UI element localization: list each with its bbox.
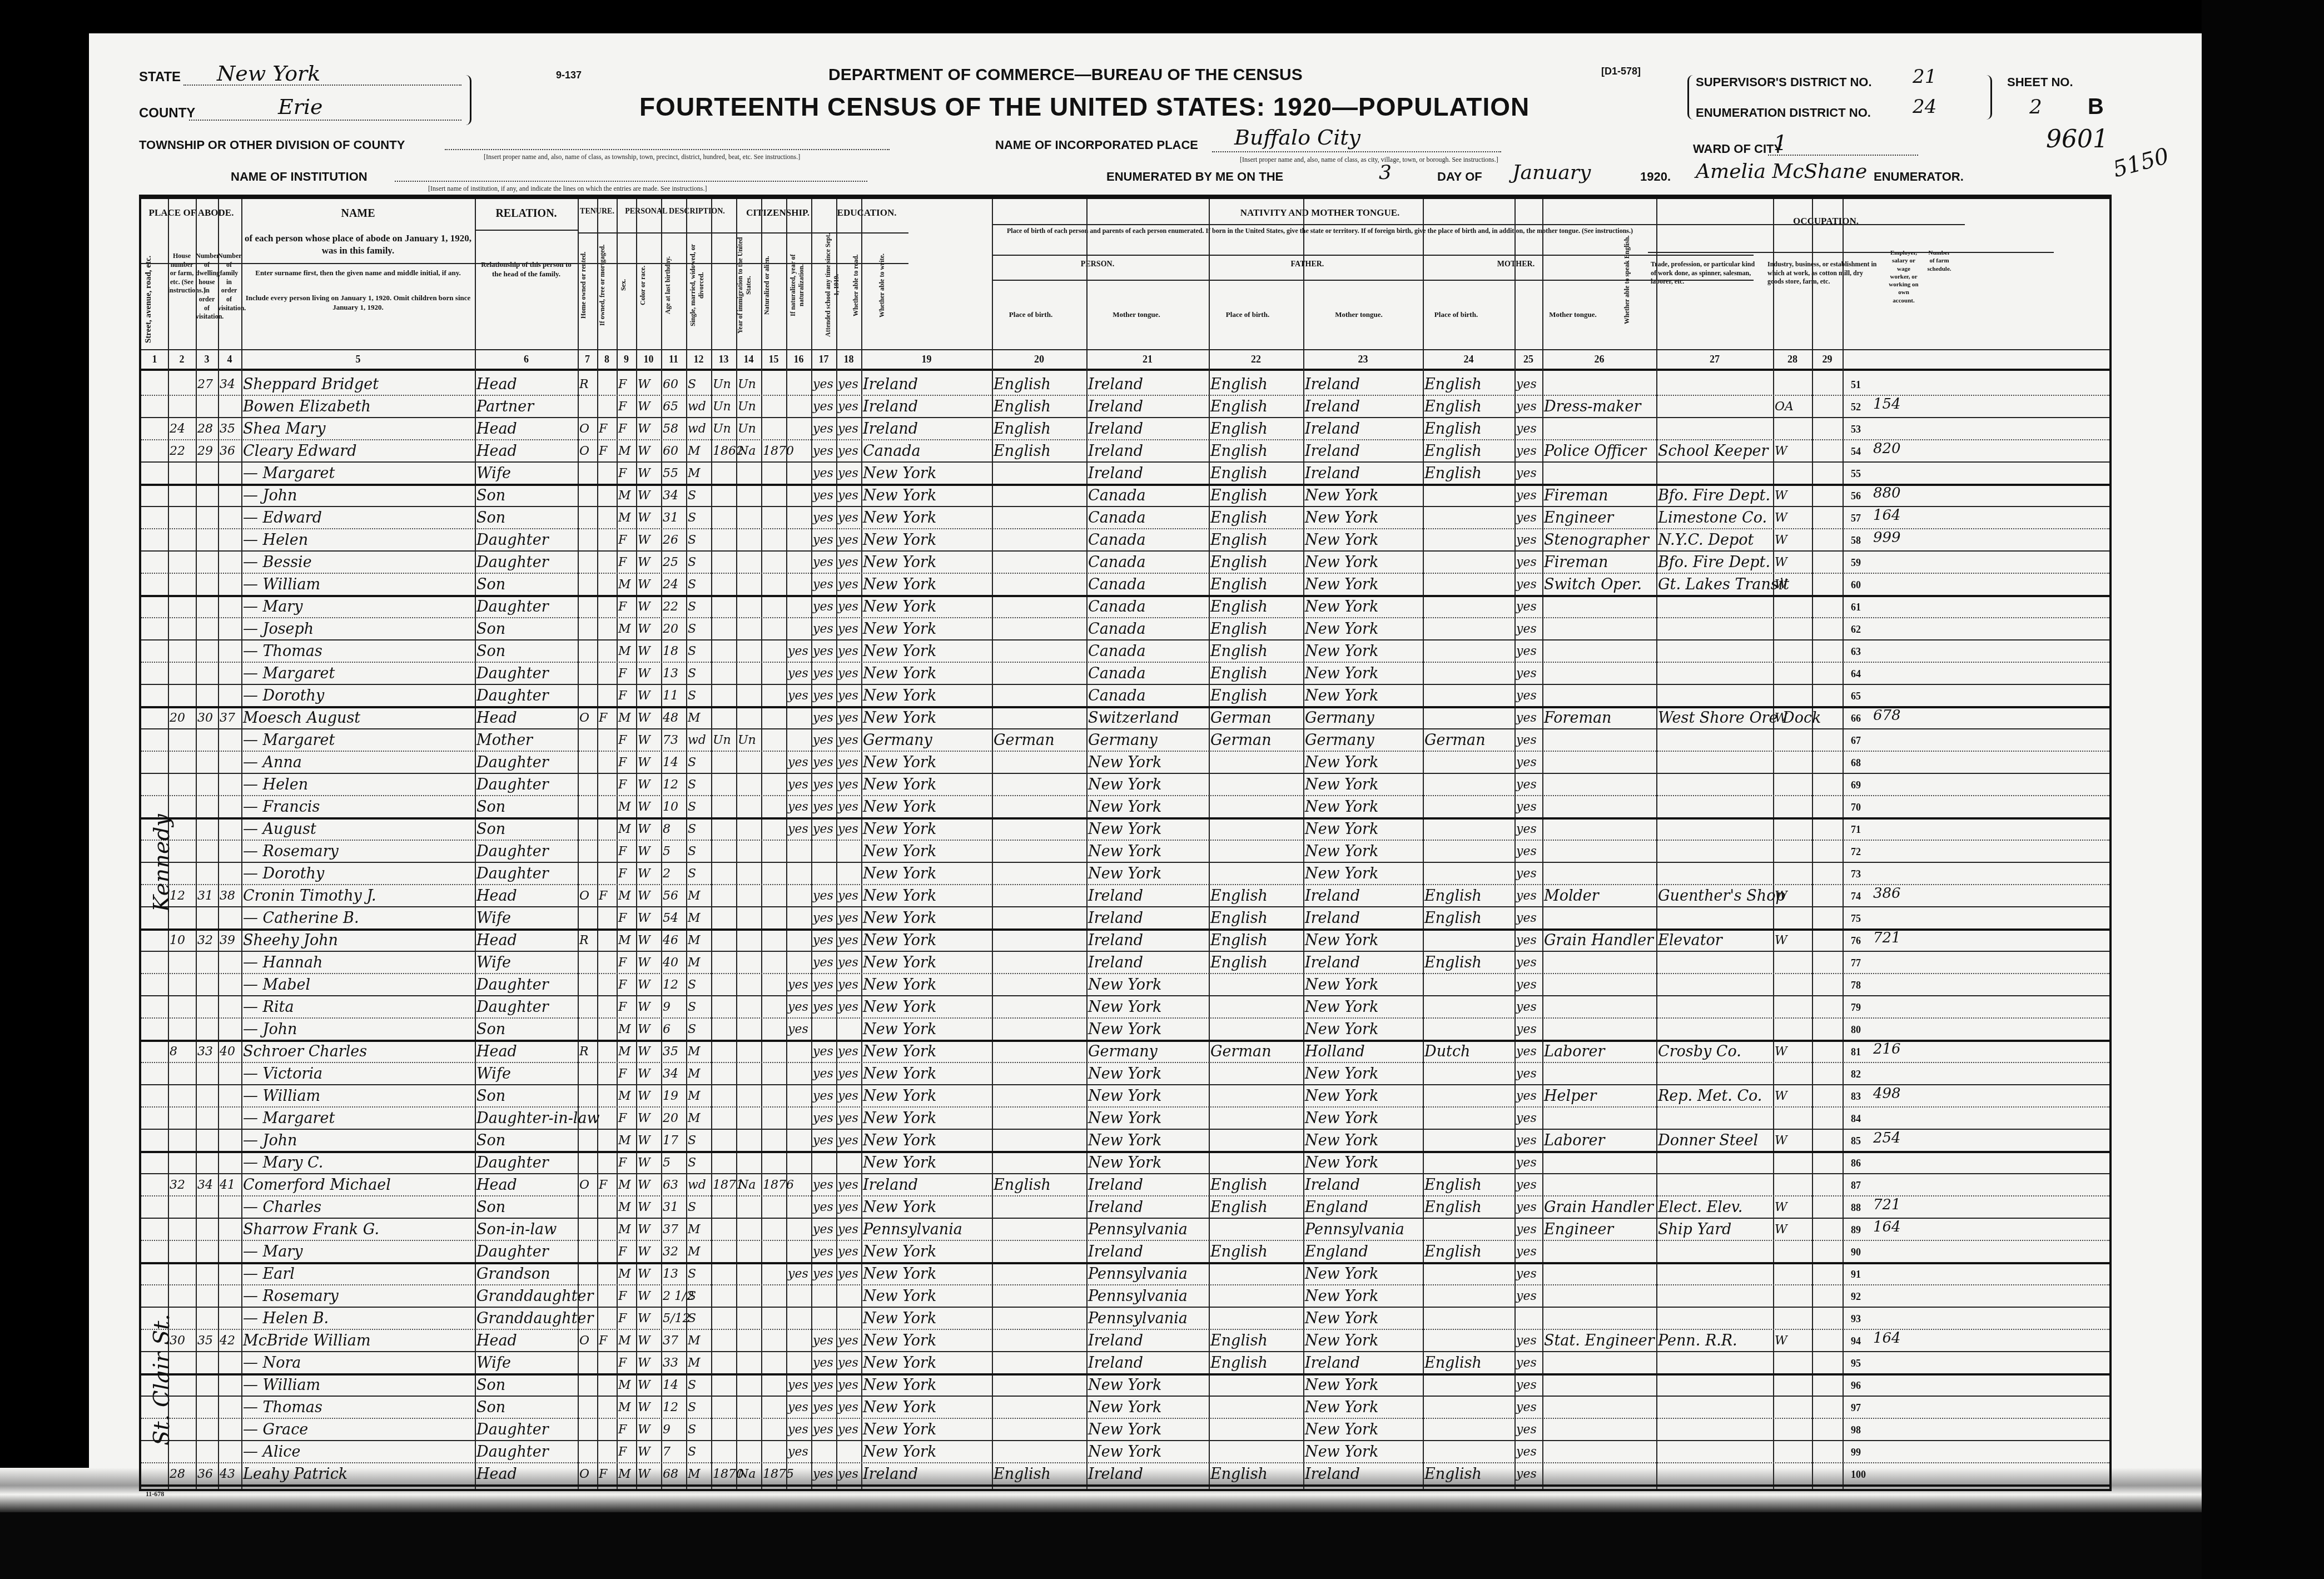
cell-f-birth: New York — [1088, 795, 1207, 818]
cell-natural — [738, 1240, 759, 1263]
enumeration-label: ENUMERATION DISTRICT NO. — [1696, 106, 1871, 120]
cell-read: yes — [813, 506, 835, 529]
cell-natural — [738, 1040, 759, 1062]
cell-write: yes — [838, 595, 860, 618]
cell-name: — Hannah — [243, 951, 473, 974]
line-number: 74 — [1851, 891, 1861, 902]
cell-mortgage — [599, 1151, 615, 1174]
line-number: 94 — [1851, 1335, 1861, 1347]
cell-industry — [1658, 595, 1771, 618]
form-id: [D1-578] — [1601, 66, 1641, 77]
cell-farm — [1814, 862, 1841, 885]
cell-f-tongue — [1210, 840, 1302, 862]
cell-industry — [1658, 728, 1771, 751]
table-row: — RosemaryDaughterFW5SNew YorkNew YorkNe… — [141, 840, 2109, 862]
cell-write: yes — [838, 795, 860, 818]
cell-school: yes — [788, 1418, 810, 1441]
cell-age: 40 — [663, 951, 684, 974]
cell-m-birth: New York — [1305, 639, 1421, 662]
cell-school: yes — [788, 639, 810, 662]
cell-school — [788, 862, 810, 885]
line-number: 57 — [1851, 513, 1861, 524]
cell-natural — [738, 595, 759, 618]
cell-dwelling — [197, 728, 216, 751]
cell-dwelling: 29 — [197, 439, 216, 462]
cell-m-tongue: English — [1424, 417, 1513, 440]
group-citizenship: CITIZENSHIP. — [733, 207, 822, 219]
cell-race: W — [638, 706, 659, 729]
cell-trade — [1544, 1418, 1655, 1441]
cell-farm — [1814, 1329, 1841, 1352]
cell-read: yes — [813, 928, 835, 951]
cell-tongue — [994, 617, 1085, 640]
line-number: 51 — [1851, 379, 1861, 391]
cell-home — [579, 550, 595, 573]
cell-m-birth: New York — [1305, 506, 1421, 529]
cell-read: yes — [813, 1262, 835, 1285]
cell-read: yes — [813, 1062, 835, 1085]
cell-tongue — [994, 573, 1085, 595]
cell-family — [220, 1106, 240, 1129]
cell-home — [579, 617, 595, 640]
cell-write — [838, 840, 860, 862]
cell-immig — [713, 817, 734, 840]
cell-home — [579, 1396, 595, 1418]
cell-read: yes — [813, 1173, 835, 1196]
cell-trade — [1544, 817, 1655, 840]
cell-dwelling — [197, 662, 216, 684]
col-10-header: Color or race. — [639, 232, 654, 338]
cell-relation: Son-in-law — [476, 1218, 576, 1240]
rule — [1648, 252, 2054, 253]
cell-immig — [713, 1040, 734, 1062]
cell-english: yes — [1516, 728, 1541, 751]
cell-farm — [1814, 573, 1841, 595]
cell-name: — Dorothy — [243, 862, 473, 885]
cell-birth: New York — [863, 1329, 990, 1352]
cell-m-tongue — [1424, 639, 1513, 662]
census-table: PLACE OF ABODE. NAME RELATION. TENURE. P… — [139, 195, 2112, 1491]
cell-dwelling — [197, 862, 216, 885]
cell-school — [788, 728, 810, 751]
cell-m-birth: New York — [1305, 684, 1421, 707]
cell-birth: New York — [863, 1440, 990, 1463]
cell-mortgage — [599, 1218, 615, 1240]
cell-dwelling — [197, 1151, 216, 1174]
cell-f-tongue: English — [1210, 528, 1302, 551]
cell-age: 10 — [663, 795, 684, 818]
cell-immig — [713, 1284, 734, 1307]
cell-read — [813, 1017, 835, 1040]
cell-immig — [713, 1129, 734, 1151]
cell-trade — [1544, 417, 1655, 440]
department-title: DEPARTMENT OF COMMERCE—BUREAU OF THE CEN… — [828, 66, 1303, 85]
cell-read: yes — [813, 1240, 835, 1263]
cell-birth: New York — [863, 506, 990, 529]
cell-race: W — [638, 862, 659, 885]
cell-relation: Mother — [476, 728, 576, 751]
cell-write: yes — [838, 550, 860, 573]
column-number: 21 — [1086, 354, 1209, 365]
cell-home — [579, 973, 595, 996]
cell-m-birth: New York — [1305, 617, 1421, 640]
cell-mortgage — [599, 595, 615, 618]
cell-marital: M — [688, 706, 709, 729]
cell-read: yes — [813, 1351, 835, 1374]
cell-name: Sheehy John — [243, 928, 473, 951]
cell-f-tongue: English — [1210, 662, 1302, 684]
cell-birth: New York — [863, 573, 990, 595]
cell-home: O — [579, 706, 595, 729]
cell-industry — [1658, 461, 1771, 484]
cell-write: yes — [838, 395, 860, 418]
cell-family: 39 — [220, 928, 240, 951]
cell-dwelling — [197, 795, 216, 818]
cell-street — [143, 1462, 166, 1485]
cell-birth: New York — [863, 684, 990, 707]
cell-employ: W — [1775, 706, 1810, 729]
table-row: — AugustSonMW8SyesyesyesNew YorkNew York… — [141, 817, 2109, 840]
cell-read: yes — [813, 528, 835, 551]
cell-school — [788, 461, 810, 484]
cell-trade — [1544, 951, 1655, 974]
cell-natyear — [763, 773, 784, 796]
cell-age: 14 — [663, 1373, 684, 1396]
cell-natural — [738, 773, 759, 796]
cell-name: — Bessie — [243, 550, 473, 573]
cell-family — [220, 1240, 240, 1263]
col-11-header: Age at last birthday. — [664, 232, 679, 338]
cell-family: 35 — [220, 417, 240, 440]
cell-m-tongue — [1424, 1062, 1513, 1085]
cell-f-birth: New York — [1088, 1062, 1207, 1085]
cell-tongue — [994, 1195, 1085, 1218]
cell-m-birth: New York — [1305, 1084, 1421, 1107]
cell-read — [813, 1284, 835, 1307]
cell-f-birth: New York — [1088, 1440, 1207, 1463]
cell-farm — [1814, 506, 1841, 529]
cell-school: yes — [788, 817, 810, 840]
cell-sex: F — [618, 751, 634, 773]
cell-dwelling: 32 — [197, 928, 216, 951]
cell-f-tongue: English — [1210, 906, 1302, 929]
cell-m-birth: New York — [1305, 1307, 1421, 1329]
cell-employ — [1775, 1462, 1810, 1485]
cell-write: yes — [838, 484, 860, 507]
cell-house — [170, 595, 194, 618]
cell-relation: Wife — [476, 906, 576, 929]
cell-home — [579, 484, 595, 507]
cell-industry — [1658, 1307, 1771, 1329]
cell-name: Shea Mary — [243, 417, 473, 440]
cell-m-birth: Ireland — [1305, 417, 1421, 440]
cell-english: yes — [1516, 1129, 1541, 1151]
cell-f-birth: Pennsylvania — [1088, 1307, 1207, 1329]
cell-f-birth: Ireland — [1088, 928, 1207, 951]
cell-employ — [1775, 1307, 1810, 1329]
cell-family — [220, 573, 240, 595]
rule — [578, 232, 908, 234]
cell-age: 25 — [663, 550, 684, 573]
cell-read: yes — [813, 595, 835, 618]
cell-relation: Head — [476, 706, 576, 729]
cell-m-tongue: English — [1424, 373, 1513, 395]
rule — [992, 224, 1965, 225]
cell-street — [143, 1129, 166, 1151]
cell-natyear — [763, 951, 784, 974]
col-12-header: Single, married, widowed, or divorced. — [689, 232, 711, 338]
col-1-header: Street, avenue, road, etc. — [144, 255, 166, 344]
cell-f-birth: Canada — [1088, 595, 1207, 618]
cell-race: W — [638, 1329, 659, 1352]
cell-street — [143, 1106, 166, 1129]
cell-english: yes — [1516, 662, 1541, 684]
cell-english: yes — [1516, 639, 1541, 662]
cell-age: 14 — [663, 751, 684, 773]
cell-trade — [1544, 1173, 1655, 1196]
cell-farm — [1814, 1351, 1841, 1374]
cell-m-tongue — [1424, 1106, 1513, 1129]
cell-farm — [1814, 1195, 1841, 1218]
col-19-header: Place of birth. — [997, 310, 1064, 320]
cell-f-birth: Ireland — [1088, 884, 1207, 907]
cell-birth: New York — [863, 706, 990, 729]
cell-immig — [713, 1151, 734, 1174]
col-26-header: Trade, profession, or particular kind of… — [1651, 260, 1762, 286]
cell-birth: Pennsylvania — [863, 1218, 990, 1240]
cell-age: 2 — [663, 862, 684, 885]
cell-relation: Daughter — [476, 1240, 576, 1263]
cell-tongue — [994, 684, 1085, 707]
cell-natyear — [763, 1084, 784, 1107]
table-row: — RosemaryGranddaughterFW2 1/2SNew YorkP… — [141, 1284, 2109, 1307]
cell-relation: Grandson — [476, 1262, 576, 1285]
cell-write: yes — [838, 461, 860, 484]
table-row: 103239Sheehy JohnHeadRMW46MyesyesNew Yor… — [141, 928, 2109, 951]
cell-mortgage: F — [599, 706, 615, 729]
column-number: 7 — [578, 354, 597, 365]
cell-mortgage — [599, 617, 615, 640]
cell-farm — [1814, 1240, 1841, 1263]
table-row: — MaryDaughterFW32MyesyesNew YorkIreland… — [141, 1240, 2109, 1263]
cell-name: — Victoria — [243, 1062, 473, 1085]
line-number: 64 — [1851, 668, 1861, 680]
cell-m-birth: New York — [1305, 862, 1421, 885]
cell-trade: Molder — [1544, 884, 1655, 907]
cell-employ: W — [1775, 1040, 1810, 1062]
cell-sex: M — [618, 1262, 634, 1285]
cell-trade — [1544, 639, 1655, 662]
cell-name: Sharrow Frank G. — [243, 1218, 473, 1240]
cell-home — [579, 1307, 595, 1329]
cell-mortgage — [599, 550, 615, 573]
cell-trade: Switch Oper. — [1544, 573, 1655, 595]
cell-farm — [1814, 884, 1841, 907]
cell-name: — Rosemary — [243, 1284, 473, 1307]
cell-write — [838, 1440, 860, 1463]
cell-f-tongue — [1210, 1129, 1302, 1151]
cell-age: 7 — [663, 1440, 684, 1463]
cell-natyear — [763, 684, 784, 707]
cell-school — [788, 439, 810, 462]
column-number: 22 — [1209, 354, 1303, 365]
cell-name: — Thomas — [243, 1396, 473, 1418]
cell-sex: F — [618, 973, 634, 996]
line-number: 58 — [1851, 535, 1861, 547]
cell-immig — [713, 884, 734, 907]
cell-m-tongue — [1424, 684, 1513, 707]
cell-industry — [1658, 1151, 1771, 1174]
cell-home: O — [579, 1462, 595, 1485]
cell-trade — [1544, 1462, 1655, 1485]
cell-write — [838, 1017, 860, 1040]
cell-farm — [1814, 1462, 1841, 1485]
cell-read: yes — [813, 951, 835, 974]
cell-name: — Mabel — [243, 973, 473, 996]
cell-farm — [1814, 773, 1841, 796]
cell-street — [143, 951, 166, 974]
cell-house — [170, 506, 194, 529]
cell-f-birth: Ireland — [1088, 1329, 1207, 1352]
cell-marital: S — [688, 639, 709, 662]
cell-trade — [1544, 973, 1655, 996]
cell-race: W — [638, 506, 659, 529]
cell-farm — [1814, 417, 1841, 440]
cell-f-birth: Pennsylvania — [1088, 1284, 1207, 1307]
cell-tongue — [994, 461, 1085, 484]
cell-write: yes — [838, 617, 860, 640]
cell-m-tongue — [1424, 1284, 1513, 1307]
cell-house — [170, 951, 194, 974]
cell-age: 12 — [663, 773, 684, 796]
cell-immig — [713, 973, 734, 996]
cell-m-birth: New York — [1305, 1262, 1421, 1285]
cell-birth: New York — [863, 1351, 990, 1374]
cell-read: yes — [813, 1106, 835, 1129]
cell-natyear — [763, 1062, 784, 1085]
county-line — [189, 120, 461, 121]
state-label: STATE — [139, 69, 181, 85]
cell-farm — [1814, 595, 1841, 618]
cell-race: W — [638, 1173, 659, 1196]
cell-race: W — [638, 684, 659, 707]
col-7-header: Home owned or rented. — [579, 232, 595, 338]
margin-code: 721 — [1873, 930, 1901, 946]
cell-birth: New York — [863, 973, 990, 996]
cell-school — [788, 1284, 810, 1307]
cell-natyear — [763, 573, 784, 595]
cell-sex: F — [618, 840, 634, 862]
cell-mortgage — [599, 1062, 615, 1085]
line-number: 81 — [1851, 1046, 1861, 1058]
cell-home — [579, 751, 595, 773]
cell-home — [579, 1062, 595, 1085]
cell-birth: New York — [863, 662, 990, 684]
cell-birth: New York — [863, 1062, 990, 1085]
cell-m-birth: New York — [1305, 1284, 1421, 1307]
cell-m-birth: New York — [1305, 1440, 1421, 1463]
cell-m-birth: New York — [1305, 1373, 1421, 1396]
cell-street — [143, 1062, 166, 1085]
cell-natyear — [763, 550, 784, 573]
cell-immig — [713, 773, 734, 796]
cell-employ — [1775, 862, 1810, 885]
cell-natyear — [763, 751, 784, 773]
cell-age: 20 — [663, 1106, 684, 1129]
cell-english — [1516, 1307, 1541, 1329]
cell-natyear: 1876 — [763, 1173, 784, 1196]
cell-house — [170, 573, 194, 595]
cell-sex: F — [618, 550, 634, 573]
cell-write: yes — [838, 439, 860, 462]
cell-immig — [713, 1307, 734, 1329]
cell-trade: Foreman — [1544, 706, 1655, 729]
cell-industry: School Keeper — [1658, 439, 1771, 462]
line-number: 77 — [1851, 957, 1861, 969]
cell-m-birth: Ireland — [1305, 1351, 1421, 1374]
cell-industry — [1658, 1440, 1771, 1463]
cell-tongue: English — [994, 417, 1085, 440]
cell-sex: M — [618, 1396, 634, 1418]
cell-school — [788, 951, 810, 974]
cell-farm — [1814, 1396, 1841, 1418]
cell-employ — [1775, 840, 1810, 862]
cell-relation: Daughter-in-law — [476, 1106, 576, 1129]
cell-mortgage — [599, 773, 615, 796]
margin-code: 164 — [1873, 507, 1901, 524]
table-row: — HelenDaughterFW26SyesyesNew YorkCanada… — [141, 528, 2109, 551]
cell-tongue — [994, 1151, 1085, 1174]
cell-marital: M — [688, 1462, 709, 1485]
cell-m-tongue: English — [1424, 951, 1513, 974]
cell-tongue — [994, 484, 1085, 507]
rule — [141, 263, 908, 264]
cell-farm — [1814, 662, 1841, 684]
cell-dwelling — [197, 484, 216, 507]
line-number: 99 — [1851, 1447, 1861, 1458]
cell-street — [143, 550, 166, 573]
cell-immig — [713, 528, 734, 551]
cell-dwelling — [197, 1017, 216, 1040]
cell-age: 11 — [663, 684, 684, 707]
cell-natural — [738, 1151, 759, 1174]
cell-sex: M — [618, 795, 634, 818]
cell-f-birth: Canada — [1088, 684, 1207, 707]
cell-race: W — [638, 751, 659, 773]
col-2-header: House number or farm, etc. (See instruct… — [168, 252, 196, 295]
table-row: 123138Cronin Timothy J.HeadOFMW56Myesyes… — [141, 884, 2109, 907]
cell-home: O — [579, 884, 595, 907]
column-number: 23 — [1303, 354, 1423, 365]
cell-m-tongue — [1424, 751, 1513, 773]
table-row: 303542McBride WilliamHeadOFMW37MyesyesNe… — [141, 1329, 2109, 1352]
cell-age: 24 — [663, 573, 684, 595]
cell-birth: New York — [863, 1240, 990, 1263]
cell-tongue — [994, 550, 1085, 573]
cell-employ: W — [1775, 550, 1810, 573]
cell-english: yes — [1516, 1462, 1541, 1485]
cell-industry — [1658, 795, 1771, 818]
cell-family — [220, 1218, 240, 1240]
cell-marital: S — [688, 373, 709, 395]
cell-race: W — [638, 1440, 659, 1463]
cell-home — [579, 817, 595, 840]
cell-sex: F — [618, 906, 634, 929]
cell-english: yes — [1516, 862, 1541, 885]
cell-race: W — [638, 1396, 659, 1418]
cell-employ — [1775, 1106, 1810, 1129]
cell-tongue — [994, 795, 1085, 818]
